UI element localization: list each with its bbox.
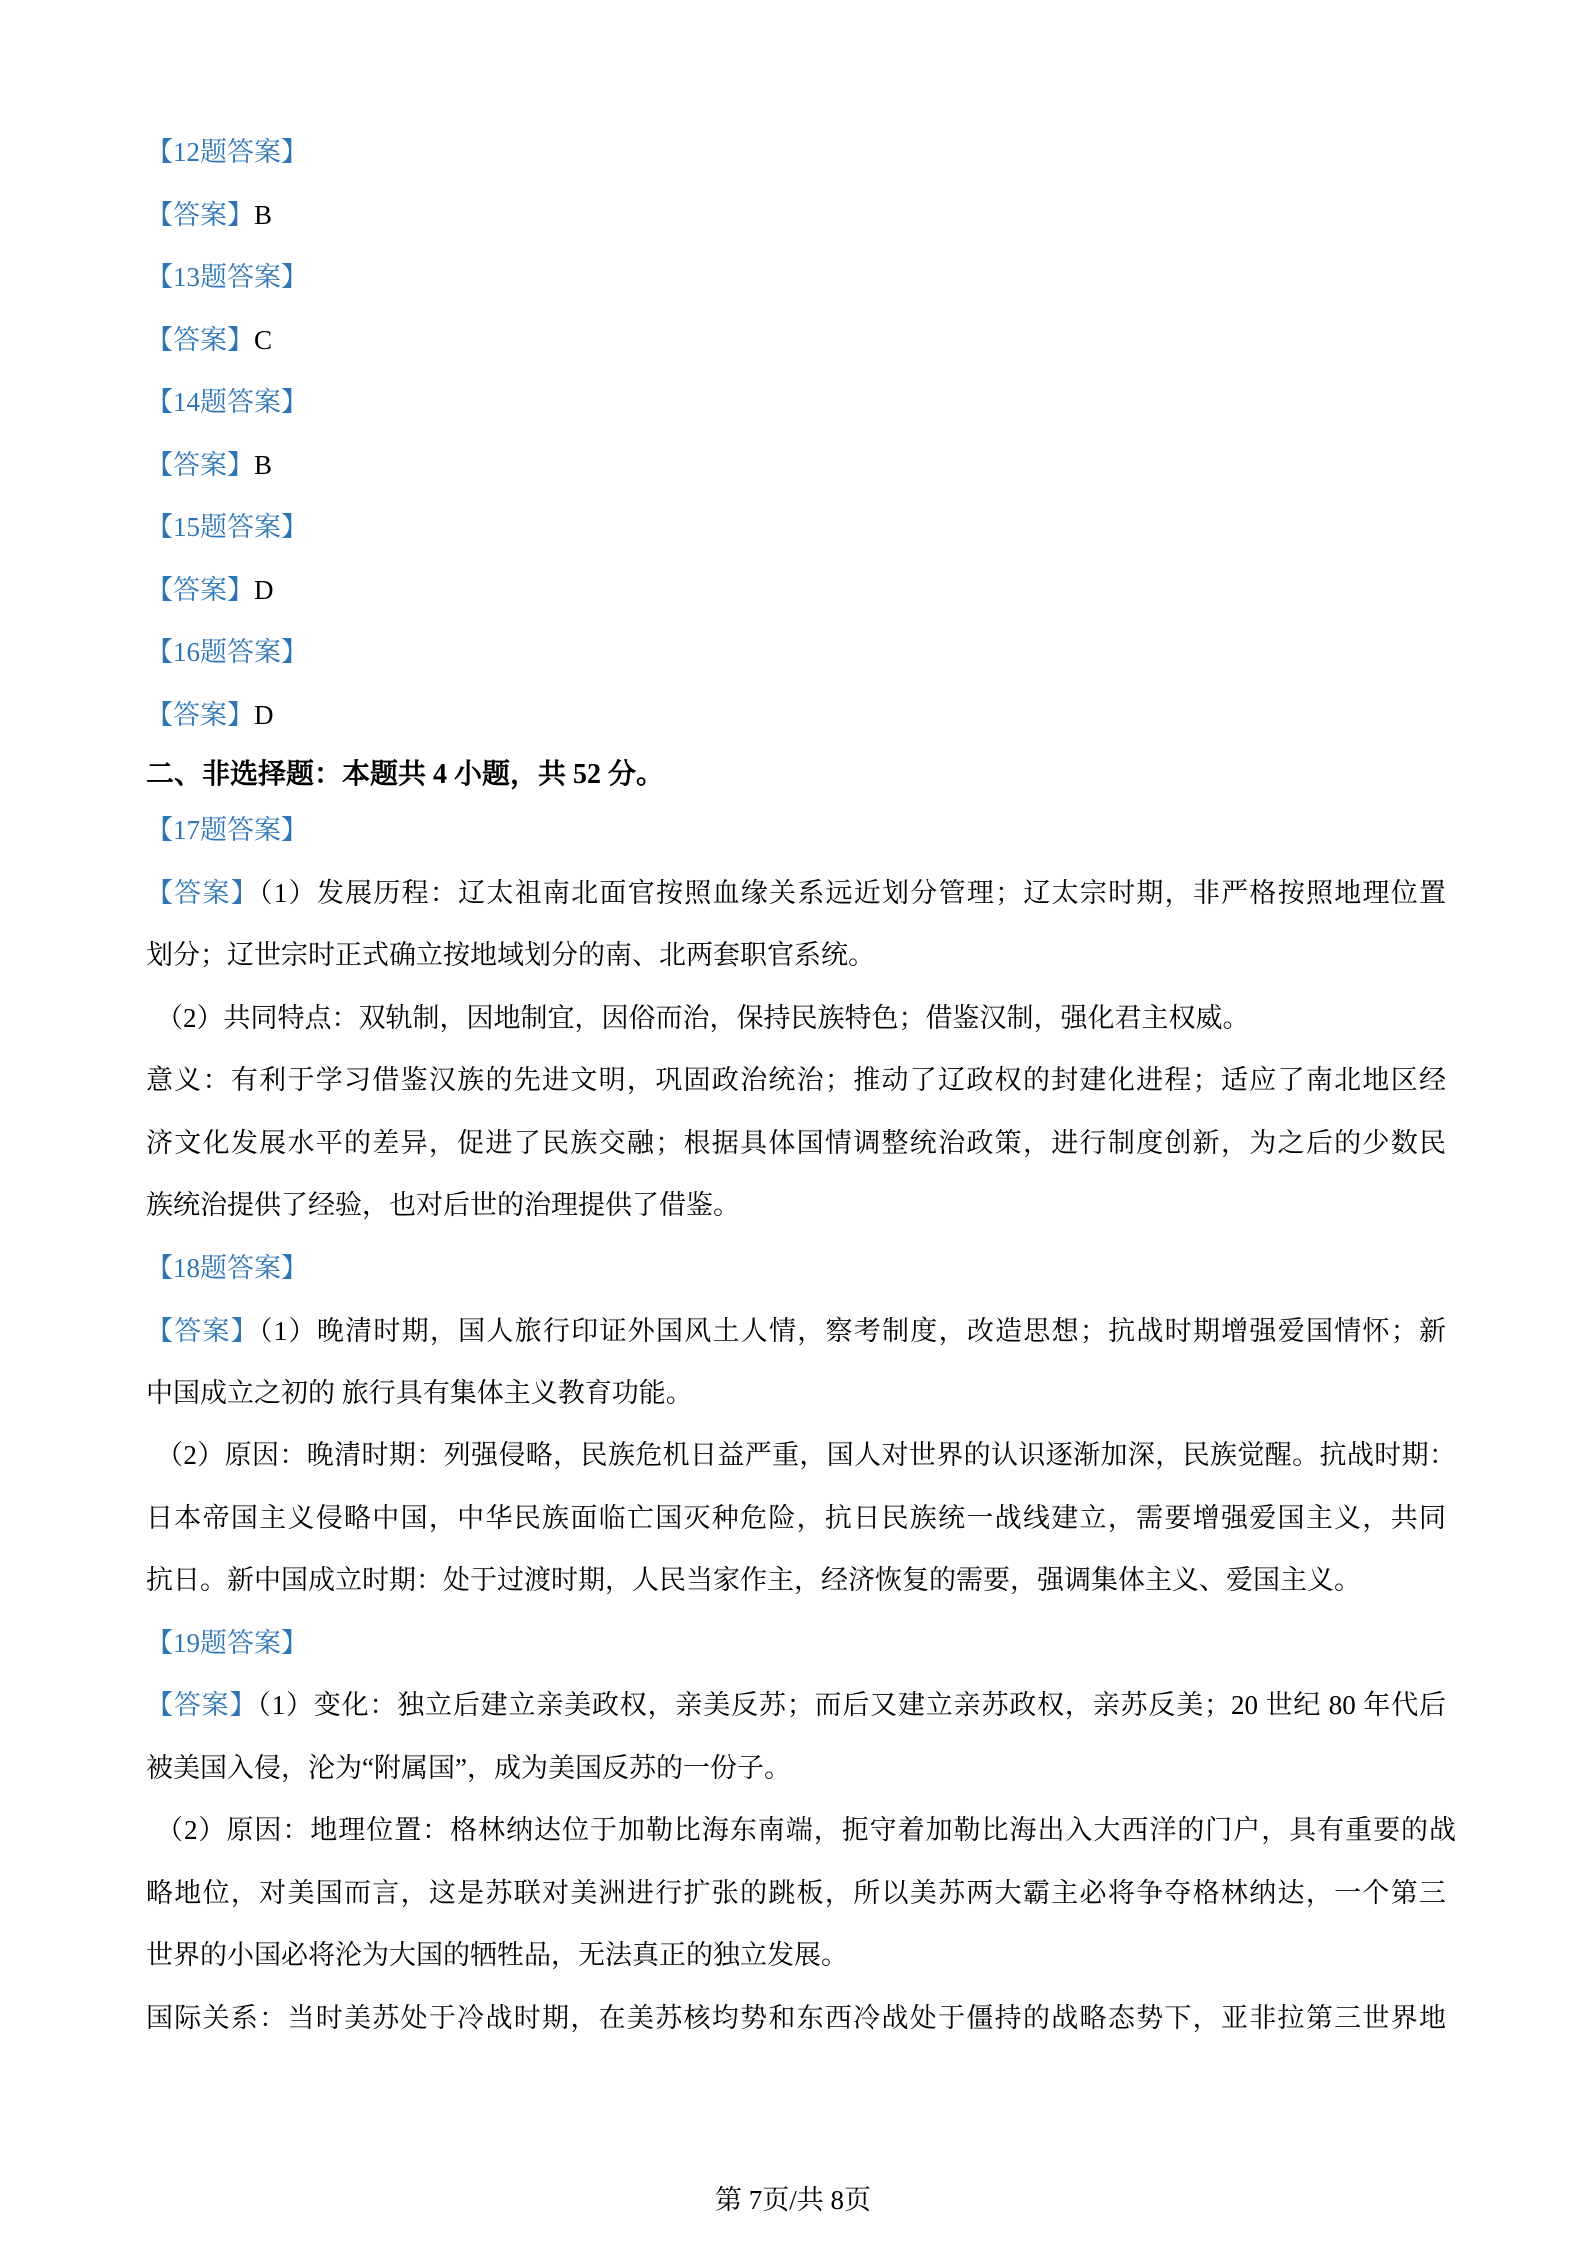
answer-tag: 【答案】 <box>146 878 259 908</box>
answer-value: D <box>254 700 274 730</box>
answer-tag: 【答案】 <box>146 200 254 230</box>
q18-line-5: 抗日。新中国成立时期：处于过渡时期，人民当家作主，经济恢复的需要，强调集体主义、… <box>146 1560 1446 1600</box>
q14-answer: 【答案】B <box>146 445 1446 485</box>
q19-line-1: 【答案】（1）变化：独立后建立亲美政权，亲美反苏；而后又建立亲苏政权，亲苏反美；… <box>146 1685 1446 1725</box>
q12-answer: 【答案】B <box>146 195 1446 235</box>
answer-value: D <box>254 575 274 605</box>
answer-value: B <box>254 450 272 480</box>
q15-label: 【15题答案】 <box>146 507 1446 547</box>
q18-label: 【18题答案】 <box>146 1248 1446 1288</box>
q19-label: 【19题答案】 <box>146 1623 1446 1663</box>
q16-answer: 【答案】D <box>146 695 1446 735</box>
q14-label: 【14题答案】 <box>146 382 1446 422</box>
q17-line-3: （2）共同特点：双轨制，因地制宜，因俗而治，保持民族特色；借鉴汉制，强化君主权威… <box>146 998 1456 1038</box>
q17-line-5: 济文化发展水平的差异，促进了民族交融；根据具体国情调整统治政策，进行制度创新，为… <box>146 1123 1446 1163</box>
q18-line-1: 【答案】（1）晚清时期，国人旅行印证外国风土人情，察考制度，改造思想；抗战时期增… <box>146 1311 1446 1351</box>
q17-line-6: 族统治提供了经验，也对后世的治理提供了借鉴。 <box>146 1185 1446 1225</box>
q16-label: 【16题答案】 <box>146 632 1446 672</box>
answer-value: C <box>254 325 272 355</box>
q13-answer: 【答案】C <box>146 320 1446 360</box>
answer-tag: 【答案】 <box>146 575 254 605</box>
q19-line-5: 世界的小国必将沦为大国的牺牲品，无法真正的独立发展。 <box>146 1935 1446 1975</box>
q13-label: 【13题答案】 <box>146 257 1446 297</box>
q19-line-3: （2）原因：地理位置：格林纳达位于加勒比海东南端，扼守着加勒比海出入大西洋的门户… <box>146 1810 1456 1850</box>
q18-line-2: 中国成立之初的 旅行具有集体主义教育功能。 <box>146 1373 1446 1413</box>
q17-line-1: 【答案】（1）发展历程：辽太祖南北面官按照血缘关系远近划分管理；辽太宗时期，非严… <box>146 873 1446 913</box>
answer-value: B <box>254 200 272 230</box>
q17-line-2: 划分；辽世宗时正式确立按地域划分的南、北两套职官系统。 <box>146 935 1446 975</box>
q17-line-4: 意义：有利于学习借鉴汉族的先进文明，巩固政治统治；推动了辽政权的封建化进程；适应… <box>146 1060 1446 1100</box>
q18-line-3: （2）原因：晚清时期：列强侵略，民族危机日益严重，国人对世界的认识逐渐加深，民族… <box>146 1435 1456 1475</box>
answer-tag: 【答案】 <box>146 1690 257 1720</box>
answer-tag: 【答案】 <box>146 700 254 730</box>
q17-label: 【17题答案】 <box>146 810 1446 850</box>
q19-line-6: 国际关系：当时美苏处于冷战时期，在美苏核均势和东西冷战处于僵持的战略态势下，亚非… <box>146 1998 1446 2038</box>
q19-line-2: 被美国入侵，沦为“附属国”，成为美国反苏的一份子。 <box>146 1748 1446 1788</box>
answer-tag: 【答案】 <box>146 325 254 355</box>
section2-heading: 二、非选择题：本题共 4 小题，共 52 分。 <box>146 755 1446 795</box>
q15-answer: 【答案】D <box>146 570 1446 610</box>
answer-tag: 【答案】 <box>146 450 254 480</box>
answer-tag: 【答案】 <box>146 1316 259 1346</box>
q19-line-4: 略地位，对美国而言，这是苏联对美洲进行扩张的跳板，所以美苏两大霸主必将争夺格林纳… <box>146 1873 1446 1913</box>
q18-line-4: 日本帝国主义侵略中国，中华民族面临亡国灭种危险，抗日民族统一战线建立，需要增强爱… <box>146 1498 1446 1538</box>
page-number: 第 7页/共 8页 <box>0 2180 1586 2220</box>
q12-label: 【12题答案】 <box>146 132 1446 172</box>
